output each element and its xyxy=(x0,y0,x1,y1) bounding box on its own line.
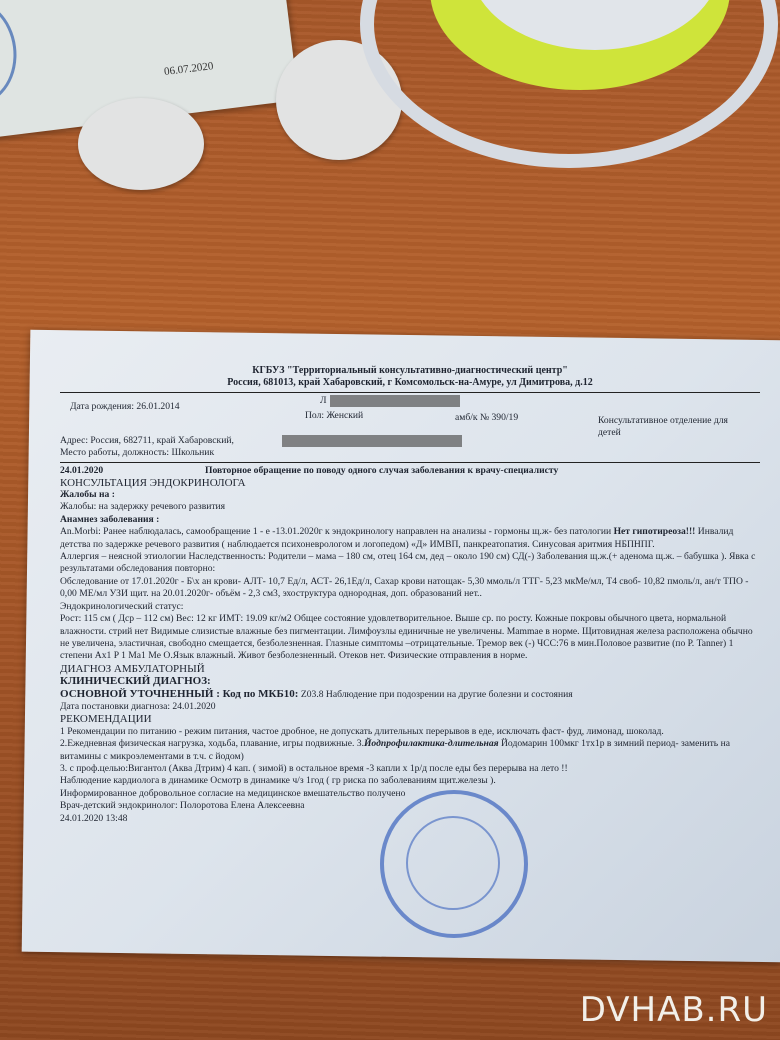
anamnesis-highlight: Нет гипотиреоза!!! xyxy=(614,526,696,537)
consult-title: КОНСУЛЬТАЦИЯ ЭНДОКРИНОЛОГА xyxy=(60,477,760,489)
patient-initial: Л xyxy=(320,395,327,407)
endocrine-status: Рост: 115 см ( Дср – 112 см) Вес: 12 кг … xyxy=(60,613,760,663)
visit-type: Повторное обращение по поводу одного слу… xyxy=(205,465,558,477)
diagnosis-date: Дата постановки диагноза: 24.01.2020 xyxy=(60,701,760,713)
patient-workplace: Место работы, должность: Школьник xyxy=(60,447,760,459)
redacted-address xyxy=(282,435,462,447)
clinic-address: Россия, 681013, край Хабаровский, г Комс… xyxy=(60,377,760,389)
cotton-pad xyxy=(78,98,204,190)
recommendation-2: 2.Ежедневная физическая нагрузка, ходьба… xyxy=(60,738,364,749)
recommendation-1: 1 Рекомендации по питанию - режим питани… xyxy=(60,726,760,738)
clinic-name: КГБУЗ "Территориальный консультативно-ди… xyxy=(60,365,760,377)
recommendation-2-highlight: Йодпрофилактика-длительная xyxy=(364,738,499,749)
recommendation-3: 3. с проф.целью:Вигантол (Аква Дтрим) 4 … xyxy=(60,763,760,775)
birth-date-label: Дата рождения: xyxy=(70,401,134,412)
clinic-stamp-icon xyxy=(380,790,528,938)
note-date: 06.07.2020 xyxy=(163,60,214,78)
visit-date: 24.01.2020 xyxy=(60,465,103,477)
allergy-heredity: Аллергия – неясной этиологии Наследствен… xyxy=(60,551,760,576)
patient-sex: Пол: Женский xyxy=(305,410,363,422)
anamnesis-text: An.Morbi: Ранее наблюдалась, самообращен… xyxy=(60,526,611,537)
watermark: DVHAB.RU xyxy=(580,990,768,1030)
redacted-name xyxy=(330,395,460,407)
anamnesis-heading: Анамнез заболевания : xyxy=(60,514,760,526)
recommendations-heading: РЕКОМЕНДАЦИИ xyxy=(60,713,760,725)
complaints: Жалобы: на задержку речевого развития xyxy=(60,501,760,513)
recommendation-4: Наблюдение кардиолога в динамике Осмотр … xyxy=(60,775,760,787)
diagnosis-clinical: КЛИНИЧЕСКИЙ ДИАГНОЗ: xyxy=(60,675,760,687)
consent: Информированное добровольное согласие на… xyxy=(60,788,760,800)
note-stamp-icon xyxy=(0,0,22,110)
status-heading: Эндокринологический статус: xyxy=(60,601,760,613)
diagnosis-main-label: ОСНОВНОЙ УТОЧНЕННЫЙ : Код по МКБ10: xyxy=(60,688,298,700)
medical-document: КГБУЗ "Территориальный консультативно-ди… xyxy=(60,365,760,825)
birth-date: 26.01.2014 xyxy=(136,401,179,412)
diagnosis-main-value: Z03.8 Наблюдение при подозрении на други… xyxy=(301,689,573,700)
lab-results: Обследование от 17.01.2020г - Б\х ан кро… xyxy=(60,576,760,601)
diagnosis-ambulatory: ДИАГНОЗ АМБУЛАТОРНЫЙ xyxy=(60,663,760,675)
card-number: амб/к № 390/19 xyxy=(455,412,518,424)
complaints-heading: Жалобы на : xyxy=(60,489,760,501)
